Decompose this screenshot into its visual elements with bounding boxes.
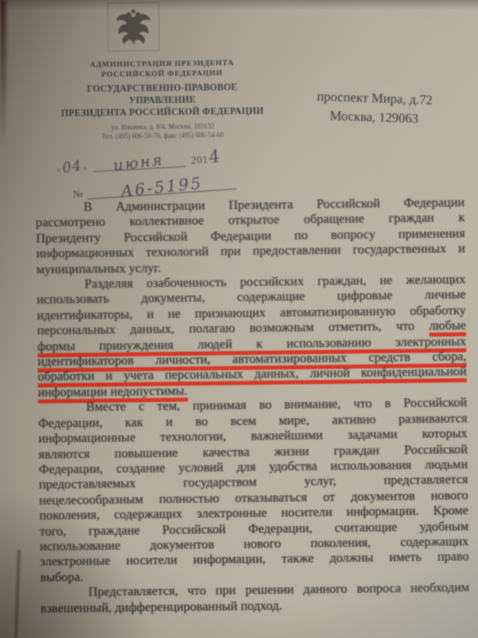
date-row: « 04 » июня 201 4 <box>56 141 287 174</box>
letterhead: АДМИНИСТРАЦИЯ ПРЕЗИДЕНТАРОССИЙСКОЙ ФЕДЕР… <box>31 57 294 142</box>
letter-body: В Администрации Президента Российской Фе… <box>36 195 470 616</box>
org-name: АДМИНИСТРАЦИЯ ПРЕЗИДЕНТАРОССИЙСКОЙ ФЕДЕР… <box>31 57 293 80</box>
close-quote: » <box>82 163 87 173</box>
letterhead-line: ПРЕЗИДЕНТА РОССИЙСКОЙ ФЕДЕРАЦИИ <box>31 105 293 120</box>
month-rule-line: июня <box>92 148 185 172</box>
printed-year: 201 <box>191 155 209 167</box>
handwritten-number: А6-5195 <box>120 173 204 200</box>
handwritten-year-digit: 4 <box>207 147 222 169</box>
text-segment: выбора. <box>40 570 83 585</box>
letterhead-line: РОССИЙСКОЙ ФЕДЕРАЦИИ <box>31 67 293 80</box>
text-segment: муниципальных услуг. <box>36 261 161 277</box>
recipient-address: проспект Мира, д.72 Москва, 129063 <box>284 85 465 129</box>
coat-of-arms-box <box>107 2 160 52</box>
number-sign: № <box>73 189 84 201</box>
number-rule-line: А6-5195 <box>86 168 237 199</box>
double-headed-eagle-icon <box>113 7 153 47</box>
department-name: ГОСУДАРСТВЕННО-ПРАВОВОЕУПРАВЛЕНИЕПРЕЗИДЕ… <box>31 81 293 120</box>
open-quote: « <box>56 164 61 174</box>
photographed-letter: АДМИНИСТРАЦИЯ ПРЕЗИДЕНТАРОССИЙСКОЙ ФЕДЕР… <box>0 0 478 638</box>
text-segment: взвешенный, дифференцированный подход. <box>40 598 282 615</box>
letterhead-address: ул. Ильинка, д. 8/4, Москва, 103132 Тел.… <box>32 122 294 142</box>
paper-content: АДМИНИСТРАЦИЯ ПРЕЗИДЕНТАРОССИЙСКОЙ ФЕДЕР… <box>0 0 478 638</box>
phone-fax-line: Тел. (495) 606-50-70, факс (495) 606-54-… <box>32 131 294 143</box>
handwritten-day: 04 <box>61 158 83 177</box>
document-number-row: № А6-5195 <box>72 168 237 200</box>
handwritten-month: июня <box>113 151 166 175</box>
